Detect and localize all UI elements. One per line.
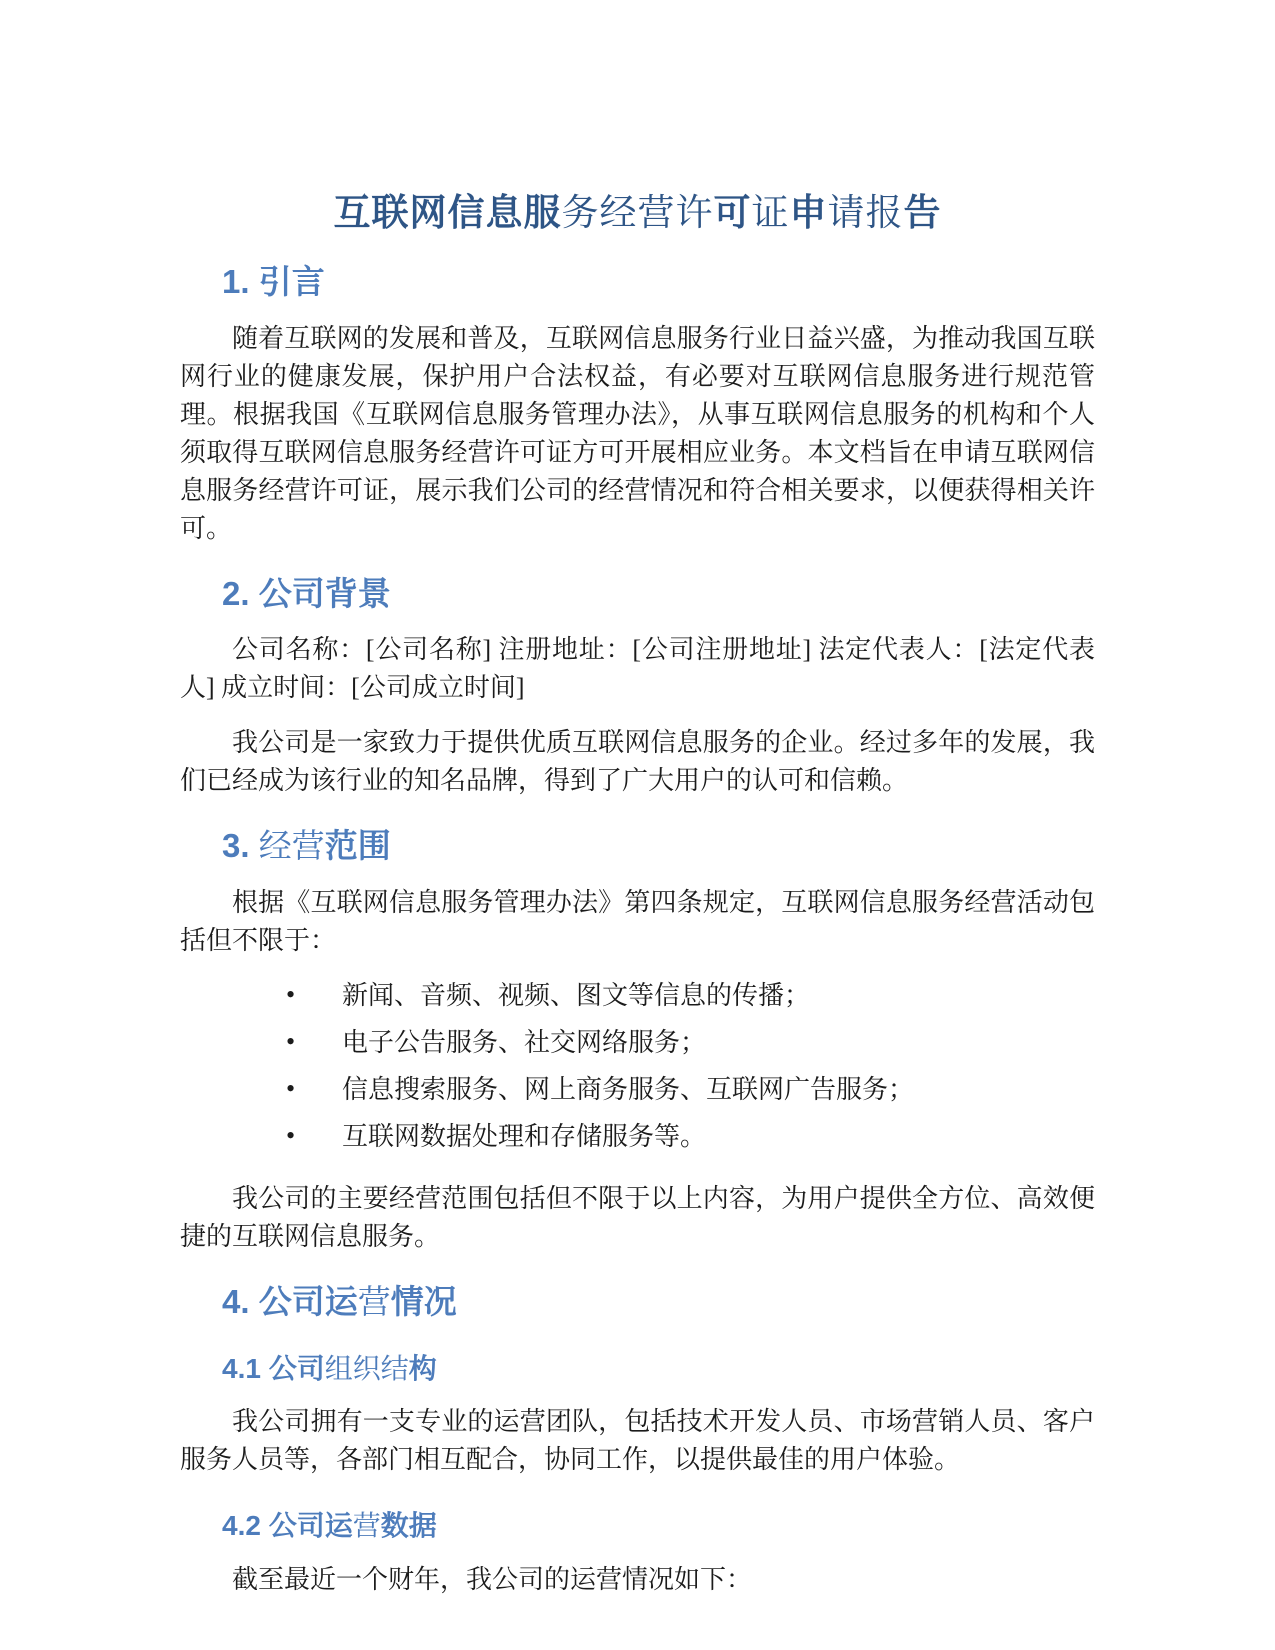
bullet-icon: • xyxy=(286,1117,295,1155)
heading-text-segment: 数据 xyxy=(381,1510,437,1541)
business-scope-list: • 新闻、音频、视频、图文等信息的传播； • 电子公告服务、社交网络服务； • … xyxy=(180,977,1095,1156)
operations-data-paragraph: 截至最近一个财年，我公司的运营情况如下： xyxy=(180,1561,1095,1599)
heading-text-segment: 营 xyxy=(353,1510,381,1541)
heading-text-segment: 1. 引言 xyxy=(222,263,325,300)
heading-text-segment: 4.1 公司 xyxy=(222,1353,325,1384)
intro-paragraph: 随着互联网的发展和普及，互联网信息服务行业日益兴盛，为推动我国互联网行业的健康发… xyxy=(180,320,1095,548)
heading-text-segment: 情况 xyxy=(391,1283,457,1320)
heading-text-segment: 4.2 公司运 xyxy=(222,1510,353,1541)
bullet-icon: • xyxy=(286,1023,295,1061)
heading-text-segment: 务经营许 xyxy=(562,192,714,233)
list-item: • 互联网数据处理和存储服务等。 xyxy=(180,1118,1095,1156)
company-info-paragraph: 公司名称：[公司名称] 注册地址：[公司注册地址] 法定代表人：[法定代表人] … xyxy=(180,631,1095,707)
heading-organization-structure: 4.1 公司组织结构 xyxy=(222,1352,1095,1386)
heading-text-segment: 构 xyxy=(409,1353,437,1384)
heading-business-scope: 3. 经营范围 xyxy=(222,826,1095,866)
heading-text-segment: 告 xyxy=(904,192,942,233)
list-item-text: 新闻、音频、视频、图文等信息的传播； xyxy=(342,981,810,1010)
list-item: • 电子公告服务、社交网络服务； xyxy=(180,1024,1095,1062)
heading-text-segment: 4. 公司运 xyxy=(222,1283,358,1320)
business-scope-intro-paragraph: 根据《互联网信息服务管理办法》第四条规定，互联网信息服务经营活动包括但不限于： xyxy=(180,884,1095,960)
heading-company-operations: 4. 公司运营情况 xyxy=(222,1282,1095,1322)
section-business-scope: 3. 经营范围 根据《互联网信息服务管理办法》第四条规定，互联网信息服务经营活动… xyxy=(180,826,1095,1256)
section-introduction: 1. 引言 随着互联网的发展和普及，互联网信息服务行业日益兴盛，为推动我国互联网… xyxy=(180,262,1095,548)
heading-text-segment: 营 xyxy=(358,1283,391,1320)
list-item-text: 互联网数据处理和存储服务等。 xyxy=(342,1122,706,1151)
heading-text-segment: 请报 xyxy=(828,192,904,233)
company-description-paragraph: 我公司是一家致力于提供优质互联网信息服务的企业。经过多年的发展，我们已经成为该行… xyxy=(180,724,1095,800)
heading-text-segment: 申 xyxy=(790,192,828,233)
heading-text-segment: 经营 xyxy=(259,827,325,864)
heading-text-segment: 2. 公司背景 xyxy=(222,575,391,612)
heading-text-segment: 证 xyxy=(752,192,790,233)
organization-structure-paragraph: 我公司拥有一支专业的运营团队，包括技术开发人员、市场营销人员、客户服务人员等，各… xyxy=(180,1403,1095,1479)
business-scope-summary-paragraph: 我公司的主要经营范围包括但不限于以上内容，为用户提供全方位、高效便捷的互联网信息… xyxy=(180,1180,1095,1256)
heading-text-segment: 互联网信息服 xyxy=(334,192,562,233)
list-item-text: 信息搜索服务、网上商务服务、互联网广告服务； xyxy=(342,1075,914,1104)
heading-text-segment: 范围 xyxy=(325,827,391,864)
heading-text-segment: 可 xyxy=(714,192,752,233)
heading-operations-data: 4.2 公司运营数据 xyxy=(222,1509,1095,1543)
list-item: • 新闻、音频、视频、图文等信息的传播； xyxy=(180,977,1095,1015)
section-company-background: 2. 公司背景 公司名称：[公司名称] 注册地址：[公司注册地址] 法定代表人：… xyxy=(180,574,1095,801)
bullet-icon: • xyxy=(286,976,295,1014)
heading-company-background: 2. 公司背景 xyxy=(222,574,1095,614)
document-title: 互联网信息服务经营许可证申请报告 xyxy=(180,190,1095,236)
section-company-operations: 4. 公司运营情况 4.1 公司组织结构 我公司拥有一支专业的运营团队，包括技术… xyxy=(180,1282,1095,1599)
list-item-text: 电子公告服务、社交网络服务； xyxy=(342,1028,706,1057)
list-item: • 信息搜索服务、网上商务服务、互联网广告服务； xyxy=(180,1071,1095,1109)
heading-text-segment: 3. xyxy=(222,827,259,864)
bullet-icon: • xyxy=(286,1070,295,1108)
heading-text-segment: 组织结 xyxy=(325,1353,409,1384)
document-page: 互联网信息服务经营许可证申请报告 1. 引言 随着互联网的发展和普及，互联网信息… xyxy=(0,0,1275,1650)
heading-introduction: 1. 引言 xyxy=(222,262,1095,302)
